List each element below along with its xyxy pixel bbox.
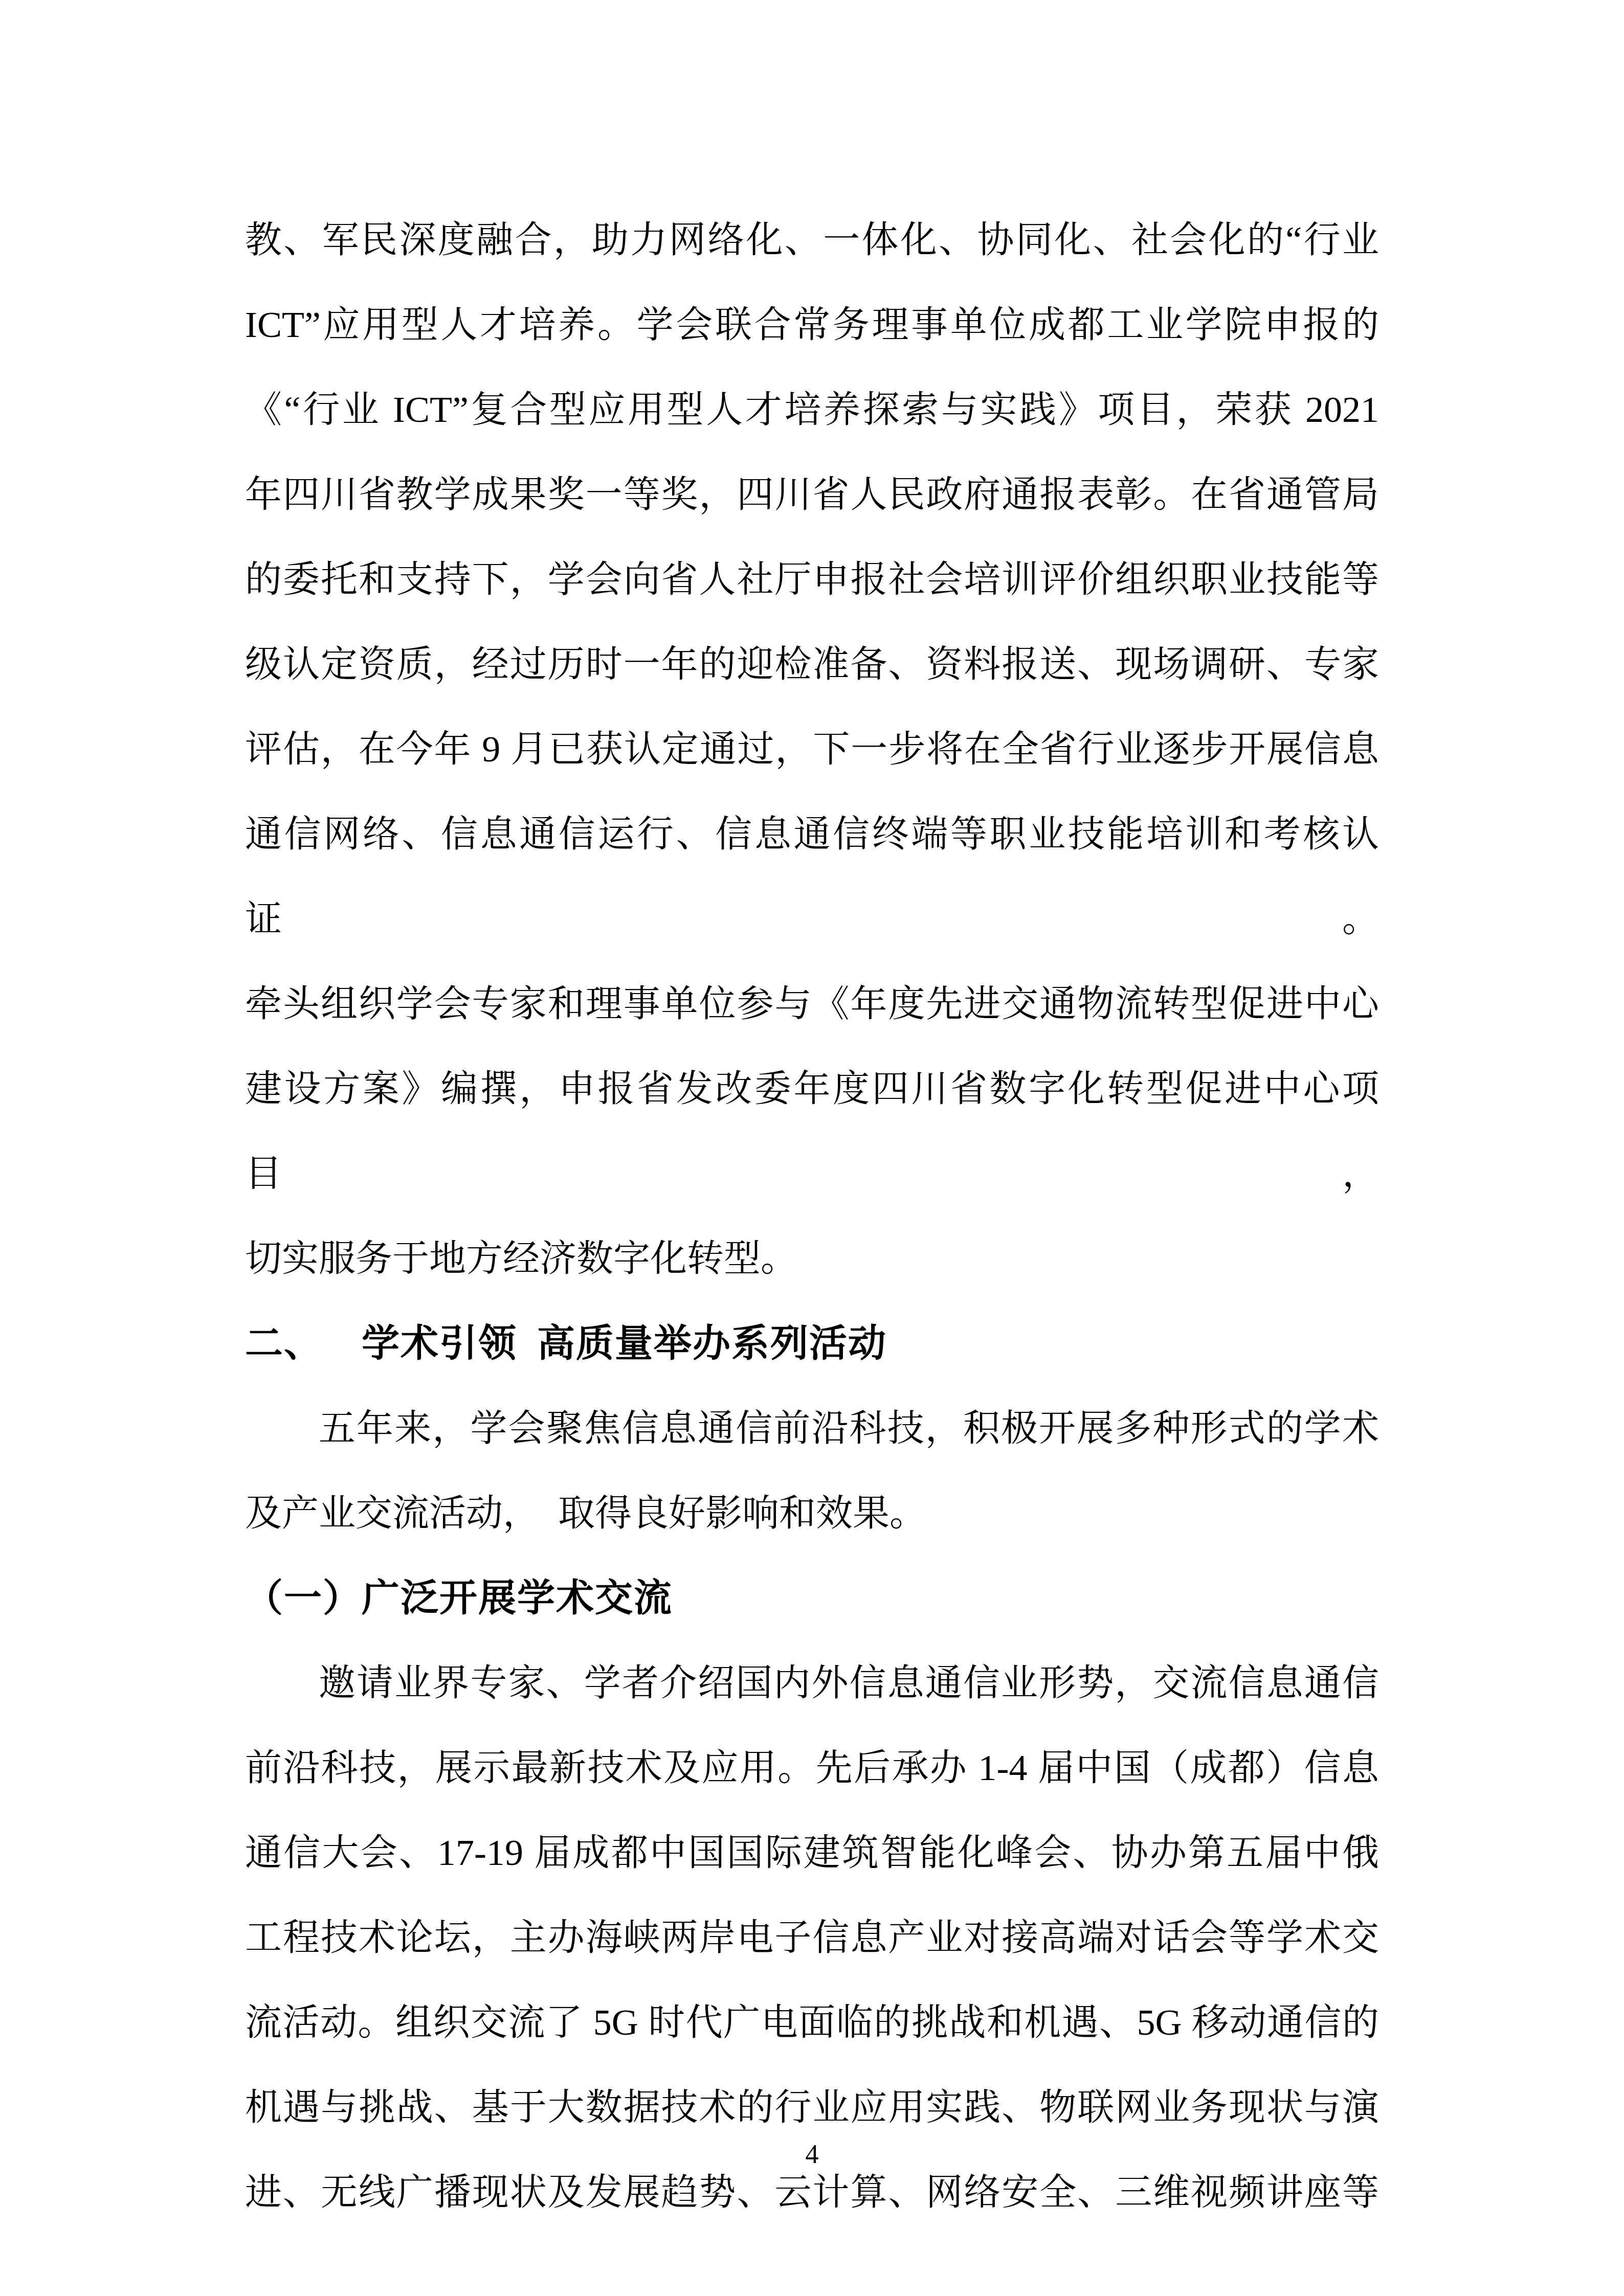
body-text-line: 通信网络、信息通信运行、信息通信终端等职业技能培训和考核认证。 [245,792,1379,961]
body-text-line: 的委托和支持下，学会向省人社厅申报社会培训评价组织职业技能等 [245,537,1379,622]
body-text-line: 教、军民深度融合，助力网络化、一体化、协同化、社会化的“行业 [245,197,1379,282]
body-text-line: 切实服务于地方经济数字化转型。 [245,1216,1379,1301]
body-text-line: 建设方案》编撰，申报省发改委年度四川省数字化转型促进中心项目， [245,1046,1379,1216]
body-text-line: 《“行业 ICT”复合型应用型人才培养探索与实践》项目，荣获 2021 [245,367,1379,452]
body-text-line: 年四川省教学成果奖一等奖，四川省人民政府通报表彰。在省通管局 [245,452,1379,537]
body-text-line: 前沿科技，展示最新技术及应用。先后承办 1-4 届中国（成都）信息 [245,1725,1379,1810]
body-text-line: 五年来，学会聚焦信息通信前沿科技，积极开展多种形式的学术 [245,1386,1379,1471]
section-heading: 二、 学术引领 高质量举办系列活动 [245,1301,1379,1386]
page-number: 4 [0,2141,1624,2169]
document-body: 教、军民深度融合，助力网络化、一体化、协同化、社会化的“行业ICT”应用型人才培… [245,197,1379,2235]
body-text-line: 工程技术论坛，主办海峡两岸电子信息产业对接高端对话会等学术交 [245,1895,1379,1980]
body-text-line: 机遇与挑战、基于大数据技术的行业应用实践、物联网业务现状与演 [245,2065,1379,2150]
body-text-line: 流活动。组织交流了 5G 时代广电面临的挑战和机遇、5G 移动通信的 [245,1980,1379,2065]
body-text-line: 评估，在今年 9 月已获认定通过，下一步将在全省行业逐步开展信息 [245,707,1379,792]
body-text-line: 及产业交流活动， 取得良好影响和效果。 [245,1471,1379,1556]
subsection-heading: （一）广泛开展学术交流 [245,1556,1379,1640]
body-text-line: ICT”应用型人才培养。学会联合常务理事单位成都工业学院申报的 [245,282,1379,367]
body-text-line: 级认定资质，经过历时一年的迎检准备、资料报送、现场调研、专家 [245,622,1379,707]
document-page: 教、军民深度融合，助力网络化、一体化、协同化、社会化的“行业ICT”应用型人才培… [0,0,1624,2296]
body-text-line: 邀请业界专家、学者介绍国内外信息通信业形势，交流信息通信 [245,1640,1379,1725]
body-text-line: 通信大会、17-19 届成都中国国际建筑智能化峰会、协办第五届中俄 [245,1810,1379,1895]
body-text-line: 牵头组织学会专家和理事单位参与《年度先进交通物流转型促进中心 [245,961,1379,1046]
